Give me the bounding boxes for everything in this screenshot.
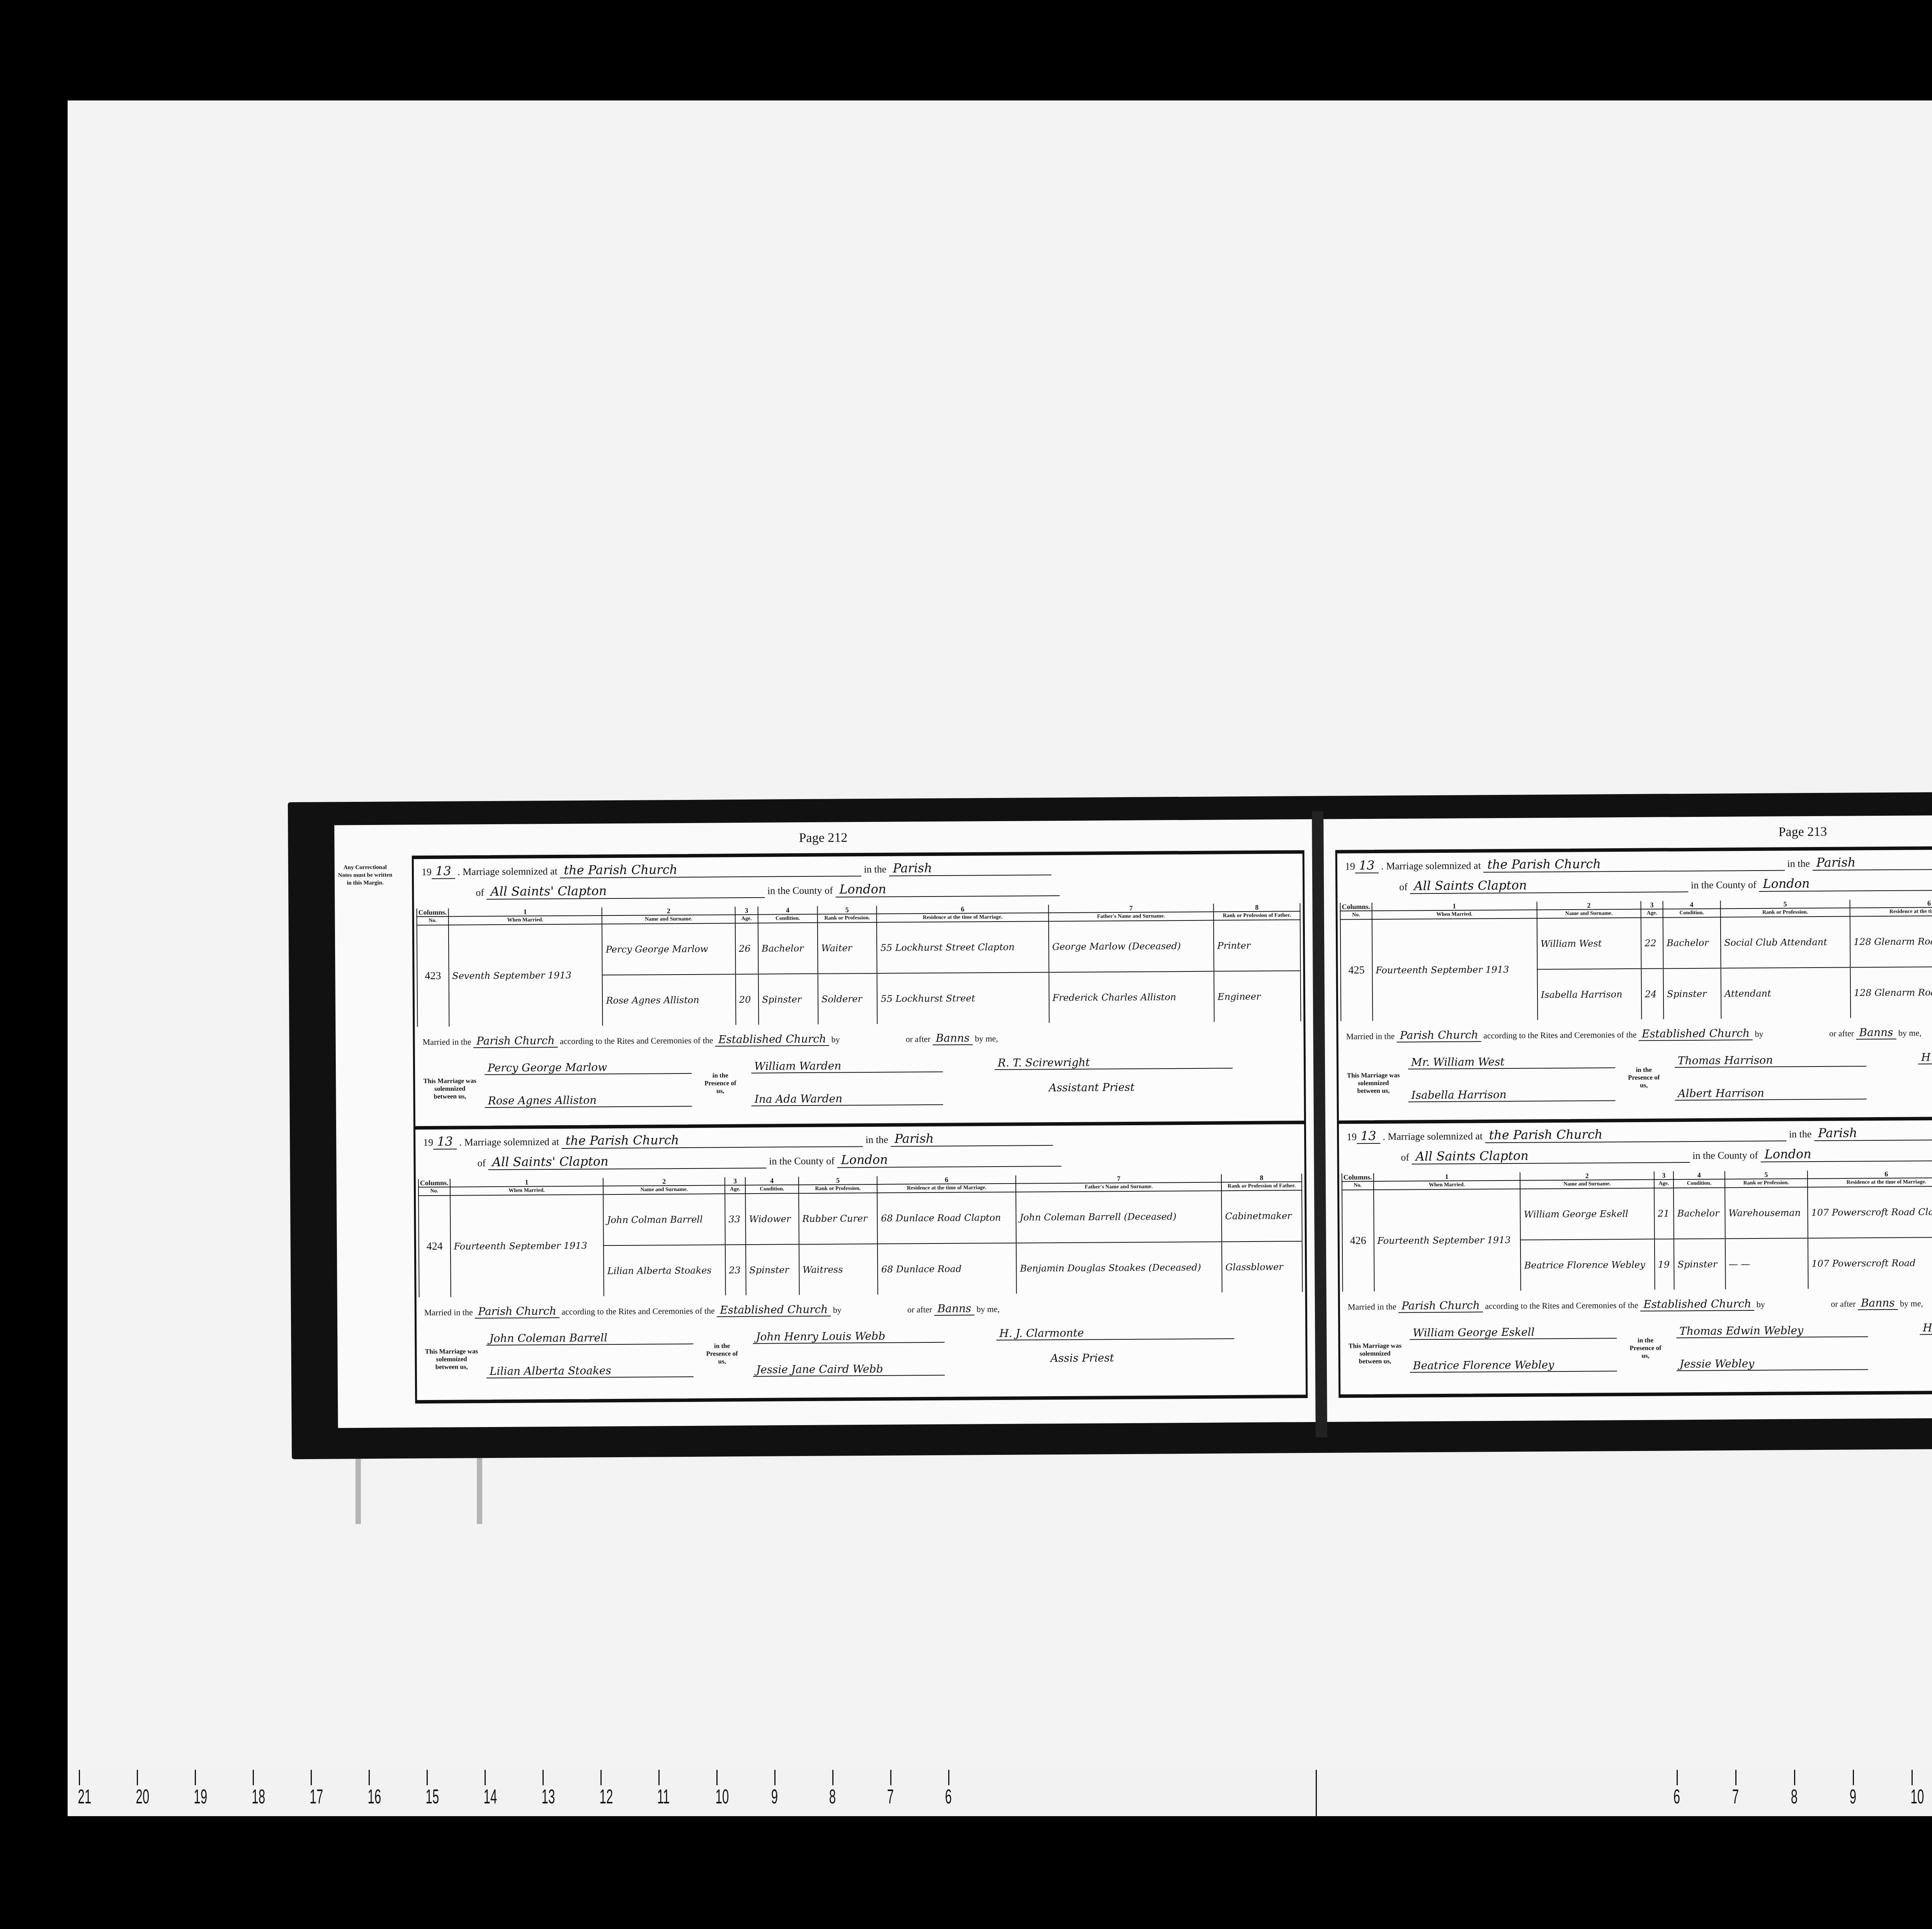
district-type: Parish (1812, 854, 1932, 871)
column-number: 3 (735, 907, 758, 915)
ruler-tick (890, 1770, 891, 1785)
presence-label: in the Presence of us, (701, 1072, 740, 1095)
officiant-signature: H. J. Clarmonte (996, 1325, 1234, 1340)
column-header: Condition. (758, 914, 817, 923)
name: William George Eskell (1520, 1188, 1654, 1240)
father-name: Benjamin Douglas Stoakes (Deceased) (1016, 1242, 1222, 1293)
column-header: When Married. (1372, 910, 1537, 919)
place: the Parish Church (1483, 856, 1785, 873)
groom-signature: William George Eskell (1410, 1325, 1617, 1340)
ruler-cm-label: 6 (945, 1785, 952, 1808)
page-number: Page 213 (1323, 822, 1932, 842)
county: London (835, 881, 1060, 898)
entry-header-line-1: 1913 . Marriage solemnized at the Parish… (422, 858, 1295, 879)
column-header: Rank or Profession. (1721, 908, 1850, 917)
residence: 128 Glenarm Road (1850, 966, 1932, 1018)
banns: Banns (934, 1302, 975, 1316)
column-number: Columns. (418, 1179, 450, 1187)
ruler-cm-label: 11 (657, 1785, 670, 1808)
father-profession: Printer (1214, 920, 1301, 971)
column-header: Father's Name and Surname. (1048, 912, 1214, 922)
signatures: This Marriage was solemnized between us,… (424, 1323, 1298, 1390)
groom-signature: Mr. William West (1408, 1055, 1615, 1069)
age: 22 (1641, 917, 1663, 968)
presence-label: in the Presence of us, (1624, 1066, 1663, 1089)
witness-1-signature: John Henry Louis Webb (753, 1329, 944, 1344)
profession: Rubber Curer (799, 1193, 878, 1244)
year-prefix: 19 (1345, 861, 1355, 872)
register-book: Page 212 Any Correctional Notes must be … (288, 790, 1932, 1459)
column-number: 4 (758, 906, 817, 915)
column-number: 8 (1214, 903, 1300, 912)
county: London (1759, 875, 1932, 892)
column-number: 4 (1673, 1171, 1725, 1180)
groom-row: 423Seventh September 1913Percy George Ma… (417, 920, 1301, 976)
ruler-cm-label: 10 (1911, 1785, 1924, 1808)
margin-note: Any Correctional Notes must be written i… (336, 864, 394, 887)
column-header: Name and Surname. (603, 1185, 725, 1194)
column-header: Residence at the time of Marriage. (1808, 1178, 1932, 1187)
solemnized-between-label: This Marriage was solemnized between us, (1348, 1342, 1402, 1366)
when-married: Fourteenth September 1913 (1372, 918, 1537, 1021)
ruler-cm-label: 8 (1791, 1785, 1798, 1808)
ruler-cm-label: 7 (1732, 1785, 1739, 1808)
place: the Parish Church (561, 1131, 863, 1149)
column-header: Residence at the time of Marriage. (877, 1184, 1016, 1193)
column-number: Columns. (1342, 1173, 1374, 1181)
solemnized-between-label: This Marriage was solemnized between us, (423, 1077, 477, 1101)
column-number: 6 (877, 905, 1048, 914)
rites: Established Church (715, 1033, 829, 1047)
witness-1-signature: Thomas Harrison (1675, 1053, 1866, 1068)
condition: Spinster (746, 1244, 799, 1295)
year: 13 (1355, 858, 1379, 873)
county: London (837, 1151, 1061, 1168)
column-number: 2 (1520, 1172, 1654, 1181)
column-header: Condition. (1663, 909, 1721, 918)
presence-label: in the Presence of us, (702, 1342, 741, 1366)
when-married: Fourteenth September 1913 (450, 1194, 604, 1297)
bride-signature: Isabella Harrison (1408, 1087, 1615, 1102)
ruler-cm-label: 17 (310, 1785, 323, 1808)
ruler-tick (195, 1770, 196, 1785)
page-212: Page 212 Any Correctional Notes must be … (334, 819, 1315, 1428)
column-number: 3 (725, 1177, 745, 1185)
place: the Parish Church (560, 861, 861, 878)
bride-signature: Rose Agnes Alliston (485, 1093, 692, 1108)
ruler-cm-label: 9 (1850, 1785, 1856, 1808)
column-header: Name and Surname. (1537, 909, 1641, 919)
column-header: No. (1340, 911, 1372, 919)
column-header: When Married. (448, 915, 602, 925)
father-name: John Coleman Barrell (Deceased) (1016, 1191, 1222, 1243)
district-type: Parish (1814, 1125, 1932, 1141)
column-number: 8 (1221, 1174, 1302, 1182)
column-number: 5 (1725, 1170, 1807, 1179)
ruler-tick (658, 1770, 660, 1785)
age: 24 (1641, 968, 1664, 1019)
year-prefix: 19 (1347, 1131, 1357, 1142)
column-header: Age. (725, 1185, 745, 1194)
residence: 68 Dunlace Road (878, 1243, 1017, 1295)
solemnization-line: Married in the Parish Church according t… (1346, 1024, 1932, 1043)
groom-row: 426Fourteenth September 1913William Geor… (1342, 1185, 1932, 1241)
entry-header-line-2: of All Saints Clapton in the County of L… (1399, 874, 1932, 894)
district-type: Parish (891, 1130, 1053, 1147)
profession: Attendant (1721, 968, 1851, 1019)
column-header: Condition. (745, 1185, 799, 1194)
marriage-entry: 1913 . Marriage solemnized at the Parish… (1335, 845, 1932, 1128)
district-type: Parish (889, 860, 1051, 876)
residence: 68 Dunlace Road Clapton (877, 1192, 1016, 1244)
column-number: 1 (448, 907, 602, 916)
condition: Spinster (758, 974, 818, 1025)
column-number: 3 (1641, 901, 1663, 909)
column-header: Age. (735, 915, 758, 923)
ruler-cm-label: 15 (426, 1785, 439, 1808)
year: 13 (432, 864, 455, 879)
ruler-tick (948, 1770, 949, 1785)
ruler-cm-label: 8 (829, 1785, 836, 1808)
ruler-cm-label: 13 (542, 1785, 555, 1808)
presence-label: in the Presence of us, (1626, 1336, 1665, 1360)
ruler-cm-label: 21 (78, 1785, 92, 1808)
father-name: George Marlow (Deceased) (1048, 920, 1214, 973)
condition: Bachelor (1663, 917, 1721, 969)
column-number: 1 (450, 1178, 603, 1187)
column-header: Residence at the time of Marriage. (877, 913, 1048, 922)
solemnized-between-label: This Marriage was solemnized between us, (1346, 1072, 1400, 1095)
page-213: Page 213 Any Correctional Notes must be … (1323, 813, 1932, 1422)
column-number: 2 (1537, 901, 1641, 910)
profession: Solderer (818, 973, 878, 1024)
ruler-tick (774, 1770, 776, 1785)
year-prefix: 19 (422, 866, 432, 878)
column-number: 2 (602, 907, 735, 915)
married-in: Parish Church (1398, 1299, 1483, 1313)
county: London (1760, 1145, 1932, 1162)
witness-2-signature: Ina Ada Warden (751, 1092, 943, 1106)
entry-header-line-1: 1913 . Marriage solemnized at the Parish… (423, 1129, 1296, 1150)
marriage-entry: 1913 . Marriage solemnized at the Parish… (1337, 1115, 1932, 1398)
witness-2-signature: Jessie Jane Caird Webb (753, 1362, 945, 1377)
groom-row: 424Fourteenth September 1913John Colman … (418, 1190, 1302, 1247)
profession: — — (1725, 1238, 1808, 1289)
banns: Banns (1858, 1296, 1898, 1310)
name: William West (1537, 918, 1641, 970)
witness-2-signature: Jessie Webley (1677, 1356, 1868, 1371)
groom-signature: John Coleman Barrell (486, 1331, 693, 1346)
ruler-tick (1677, 1770, 1678, 1785)
condition: Spinster (1663, 968, 1721, 1019)
column-header: Rank or Profession of Father. (1214, 911, 1300, 920)
solemnized-between-label: This Marriage was solemnized between us, (424, 1347, 478, 1371)
residence: 55 Lockhurst Street Clapton (877, 921, 1049, 973)
ruler-tick (1735, 1770, 1736, 1785)
column-header: Name and Surname. (602, 915, 735, 924)
witness-1-signature: William Warden (751, 1059, 943, 1073)
ruler-cm-label: 9 (771, 1785, 778, 1808)
column-header: Age. (1654, 1179, 1673, 1188)
age: 20 (735, 974, 759, 1025)
residence: 55 Lockhurst Street (877, 972, 1049, 1024)
ruler-tick (600, 1770, 602, 1785)
entry-header-line-2: of All Saints Clapton in the County of L… (1401, 1144, 1932, 1165)
column-number: 5 (798, 1176, 877, 1185)
groom-row: 425Fourteenth September 1913William West… (1340, 914, 1932, 971)
name: Lilian Alberta Stoakes (604, 1245, 725, 1296)
entry-header-line-2: of All Saints' Clapton in the County of … (477, 1150, 1296, 1170)
register-table: Columns.12345678No.When Married.Name and… (1342, 1168, 1932, 1292)
column-header: When Married. (450, 1186, 603, 1195)
age: 21 (1654, 1188, 1674, 1239)
bottom-ruler: 2120191817161514131211109876678910111213… (68, 1770, 1932, 1816)
solemnization-line: Married in the Parish Church according t… (1348, 1295, 1932, 1313)
ruler-center-line (1316, 1770, 1317, 1816)
ruler-cm-label: 10 (716, 1785, 729, 1808)
residence: 128 Glenarm Road Clapton (1850, 915, 1932, 968)
ruler-tick (832, 1770, 833, 1785)
residence: 107 Powerscroft Road (1808, 1237, 1932, 1289)
column-header: When Married. (1373, 1181, 1520, 1190)
signatures: This Marriage was solemnized between us,… (1348, 1318, 1932, 1385)
marriage-entry: 1913 . Marriage solemnized at the Parish… (413, 1121, 1308, 1403)
ruler-cm-label: 20 (136, 1785, 150, 1808)
column-number: Columns. (1340, 903, 1372, 911)
solemnization-line: Married in the Parish Church according t… (423, 1029, 1296, 1048)
column-header: Rank or Profession. (818, 914, 877, 923)
year: 13 (433, 1134, 457, 1150)
entry-number: 425 (1340, 919, 1372, 1021)
column-number: 3 (1654, 1171, 1673, 1179)
entry-number: 424 (418, 1196, 451, 1297)
column-header: Father's Name and Surname. (1016, 1182, 1221, 1192)
district: All Saints Clapton (1412, 1147, 1690, 1164)
column-header: Rank or Profession of Father. (1221, 1182, 1302, 1191)
year-prefix: 19 (423, 1137, 433, 1148)
register-table: Columns.12345678No.When Married.Name and… (417, 903, 1301, 1027)
profession: Warehouseman (1725, 1187, 1808, 1238)
marriage-entry: 1913 . Marriage solemnized at the Parish… (412, 850, 1306, 1133)
ruler-tick (1853, 1770, 1854, 1785)
ruler-tick (79, 1770, 80, 1785)
column-number: Columns. (417, 908, 449, 917)
age: 19 (1654, 1239, 1674, 1289)
witness-1-signature: Thomas Edwin Webley (1676, 1323, 1868, 1338)
ruler-cm-label: 12 (600, 1785, 613, 1808)
married-in: Parish Church (1397, 1028, 1481, 1042)
place: the Parish Church (1485, 1126, 1786, 1143)
banns: Banns (1856, 1026, 1896, 1040)
rites: Established Church (717, 1303, 831, 1317)
column-header: Rank or Profession. (799, 1184, 878, 1193)
married-in: Parish Church (473, 1034, 558, 1048)
column-header: Age. (1641, 909, 1663, 917)
father-profession: Cabinetmaker (1221, 1190, 1302, 1242)
year: 13 (1357, 1128, 1380, 1144)
officiant-signature: H. J. Clarmonte (1918, 1050, 1932, 1065)
column-number: 6 (1808, 1170, 1932, 1179)
witness-2-signature: Albert Harrison (1675, 1086, 1866, 1101)
residence: 107 Powerscroft Road Clapton (1808, 1186, 1932, 1238)
solemnization-line: Married in the Parish Church according t… (424, 1300, 1298, 1319)
ruler-tick (427, 1770, 428, 1785)
district: All Saints' Clapton (488, 1153, 767, 1170)
register-table: Columns.12345678No.When Married.Name and… (1340, 898, 1932, 1021)
rites: Established Church (1640, 1297, 1754, 1312)
entry-header-line-1: 1913 . Marriage solemnized at the Parish… (1347, 1123, 1932, 1144)
condition: Bachelor (1673, 1188, 1725, 1239)
column-number: 4 (745, 1177, 799, 1185)
age: 33 (725, 1194, 746, 1245)
column-header: Residence at the time of Marriage. (1850, 907, 1932, 917)
column-number: 7 (1048, 904, 1214, 913)
signatures: This Marriage was solemnized between us,… (1346, 1047, 1932, 1114)
ruler-cm-label: 14 (484, 1785, 497, 1808)
register-table: Columns.12345678No.When Married.Name and… (418, 1174, 1303, 1297)
column-number: 1 (1373, 1172, 1520, 1181)
signatures: This Marriage was solemnized between us,… (423, 1053, 1296, 1120)
column-header: Condition. (1673, 1179, 1725, 1188)
age: 26 (735, 923, 759, 974)
ruler-cm-label: 19 (194, 1785, 207, 1808)
officiant-title: Assis Priest (1051, 1351, 1114, 1364)
column-header: Rank or Profession. (1725, 1179, 1808, 1187)
name: Beatrice Florence Webley (1520, 1239, 1655, 1291)
column-number: 4 (1663, 901, 1721, 909)
age: 23 (725, 1245, 746, 1295)
name: Rose Agnes Alliston (602, 974, 736, 1026)
ruler-tick (716, 1770, 718, 1785)
profession: Waiter (818, 922, 877, 974)
page-number: Page 212 (334, 828, 1312, 848)
groom-signature: Percy George Marlow (485, 1060, 692, 1075)
ruler-tick (369, 1770, 370, 1785)
bride-signature: Beatrice Florence Webley (1410, 1358, 1617, 1373)
ruler-cm-label: 16 (368, 1785, 381, 1808)
column-header: No. (418, 1187, 450, 1196)
column-header: No. (1342, 1181, 1374, 1190)
entry-number: 423 (417, 925, 449, 1027)
column-header: Name and Surname. (1520, 1180, 1654, 1189)
bride-signature: Lilian Alberta Stoakes (486, 1364, 694, 1378)
entry-header-line-1: 1913 . Marriage solemnized at the Parish… (1345, 853, 1932, 874)
name: Percy George Marlow (602, 923, 735, 975)
name: Isabella Harrison (1537, 969, 1641, 1020)
officiant-signature: R. T. Scirewright (995, 1055, 1233, 1070)
when-married: Seventh September 1913 (448, 924, 603, 1026)
column-header: No. (417, 917, 449, 925)
ruler-tick (543, 1770, 544, 1785)
condition: Bachelor (758, 923, 818, 974)
father-name: Frederick Charles Alliston (1049, 971, 1214, 1023)
condition: Spinster (1674, 1239, 1725, 1290)
officiant-signature: H. J. Clarmonte (1920, 1320, 1932, 1335)
father-profession: Glassblower (1222, 1241, 1303, 1292)
when-married: Fourteenth September 1913 (1374, 1189, 1521, 1291)
ruler-tick (253, 1770, 254, 1785)
condition: Widower (745, 1193, 799, 1245)
column-number: 1 (1372, 902, 1537, 911)
column-number: 5 (1720, 900, 1850, 909)
ruler-tick (1794, 1770, 1795, 1785)
officiant-title: Assistant Priest (1049, 1081, 1134, 1094)
ruler-tick (1912, 1770, 1913, 1785)
name: John Colman Barrell (604, 1194, 725, 1245)
ruler-tick (485, 1770, 486, 1785)
ruler-cm-label: 7 (887, 1785, 894, 1808)
district: All Saints' Clapton (486, 883, 765, 900)
ruler-cm-label: 18 (252, 1785, 265, 1808)
entry-header-line-2: of All Saints' Clapton in the County of … (476, 879, 1295, 900)
column-number: 2 (603, 1177, 725, 1186)
father-profession: Engineer (1214, 971, 1301, 1022)
district: All Saints Clapton (1410, 877, 1688, 894)
married-in: Parish Church (475, 1305, 560, 1318)
banns: Banns (933, 1031, 973, 1045)
ruler-tick (311, 1770, 312, 1785)
column-number: 5 (817, 906, 877, 914)
column-number: 6 (877, 1175, 1016, 1184)
ruler-cm-label: 6 (1673, 1785, 1680, 1808)
profession: Social Club Attendant (1721, 917, 1850, 968)
entry-number: 426 (1342, 1190, 1374, 1291)
column-number: 6 (1850, 899, 1932, 908)
ruler-tick (137, 1770, 138, 1785)
rites: Established Church (1639, 1027, 1753, 1041)
profession: Waitress (799, 1244, 878, 1295)
